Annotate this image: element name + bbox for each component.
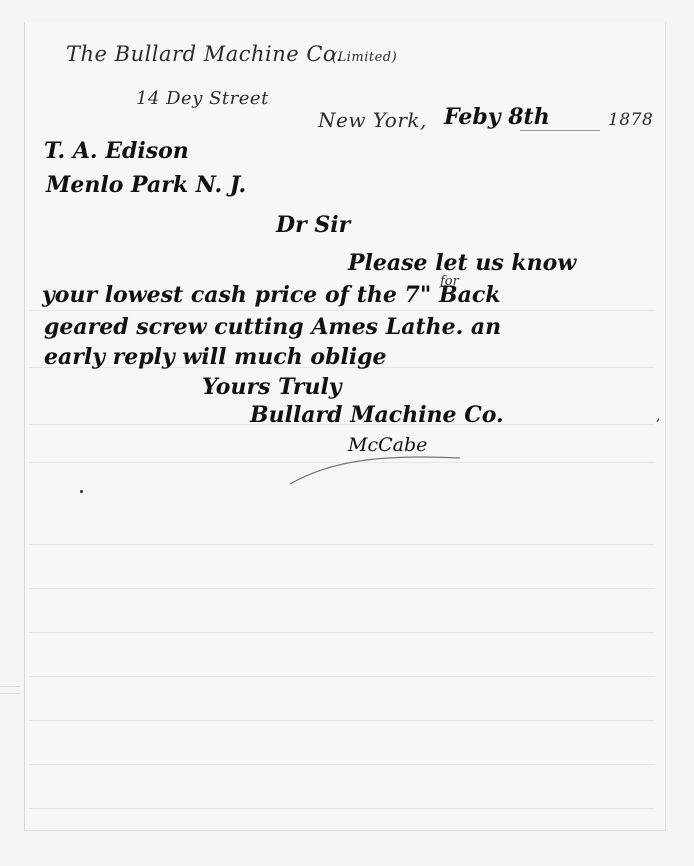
ruled-line: [29, 720, 655, 721]
ruled-line: [29, 632, 655, 633]
stray-dot: [80, 490, 83, 493]
letter-year: 1878: [608, 110, 653, 130]
letterhead-city: New York,: [318, 108, 427, 132]
closing-company: Bullard Machine Co.: [250, 402, 504, 428]
recipient-name: T. A. Edison: [44, 138, 189, 164]
valediction: Yours Truly: [202, 374, 342, 400]
scan-edge-mark: [0, 686, 20, 694]
letterhead-address: 14 Dey Street: [136, 88, 269, 109]
letterhead-company: The Bullard Machine Co.: [66, 42, 343, 66]
ruled-line: [29, 808, 655, 809]
letter-date: Feby 8th: [444, 104, 550, 130]
body-line-4: early reply will much oblige: [44, 344, 387, 370]
body-line-1: Please let us know: [348, 250, 576, 276]
ruled-line: [29, 764, 655, 765]
ruled-line: [29, 588, 655, 589]
ruled-line: [29, 544, 655, 545]
date-underline: [520, 130, 600, 131]
body-line-2: your lowest cash price of the 7" Back: [42, 282, 500, 308]
salutation: Dr Sir: [276, 212, 350, 238]
ruled-line: [29, 676, 655, 677]
letterhead-limited: (Limited): [332, 50, 397, 65]
body-line-3: geared screw cutting Ames Lathe. an: [44, 314, 501, 340]
stray-mark: ,: [656, 408, 660, 424]
signature-flourish: [290, 446, 460, 486]
ruled-line: [29, 310, 655, 311]
recipient-location: Menlo Park N. J.: [46, 172, 246, 198]
